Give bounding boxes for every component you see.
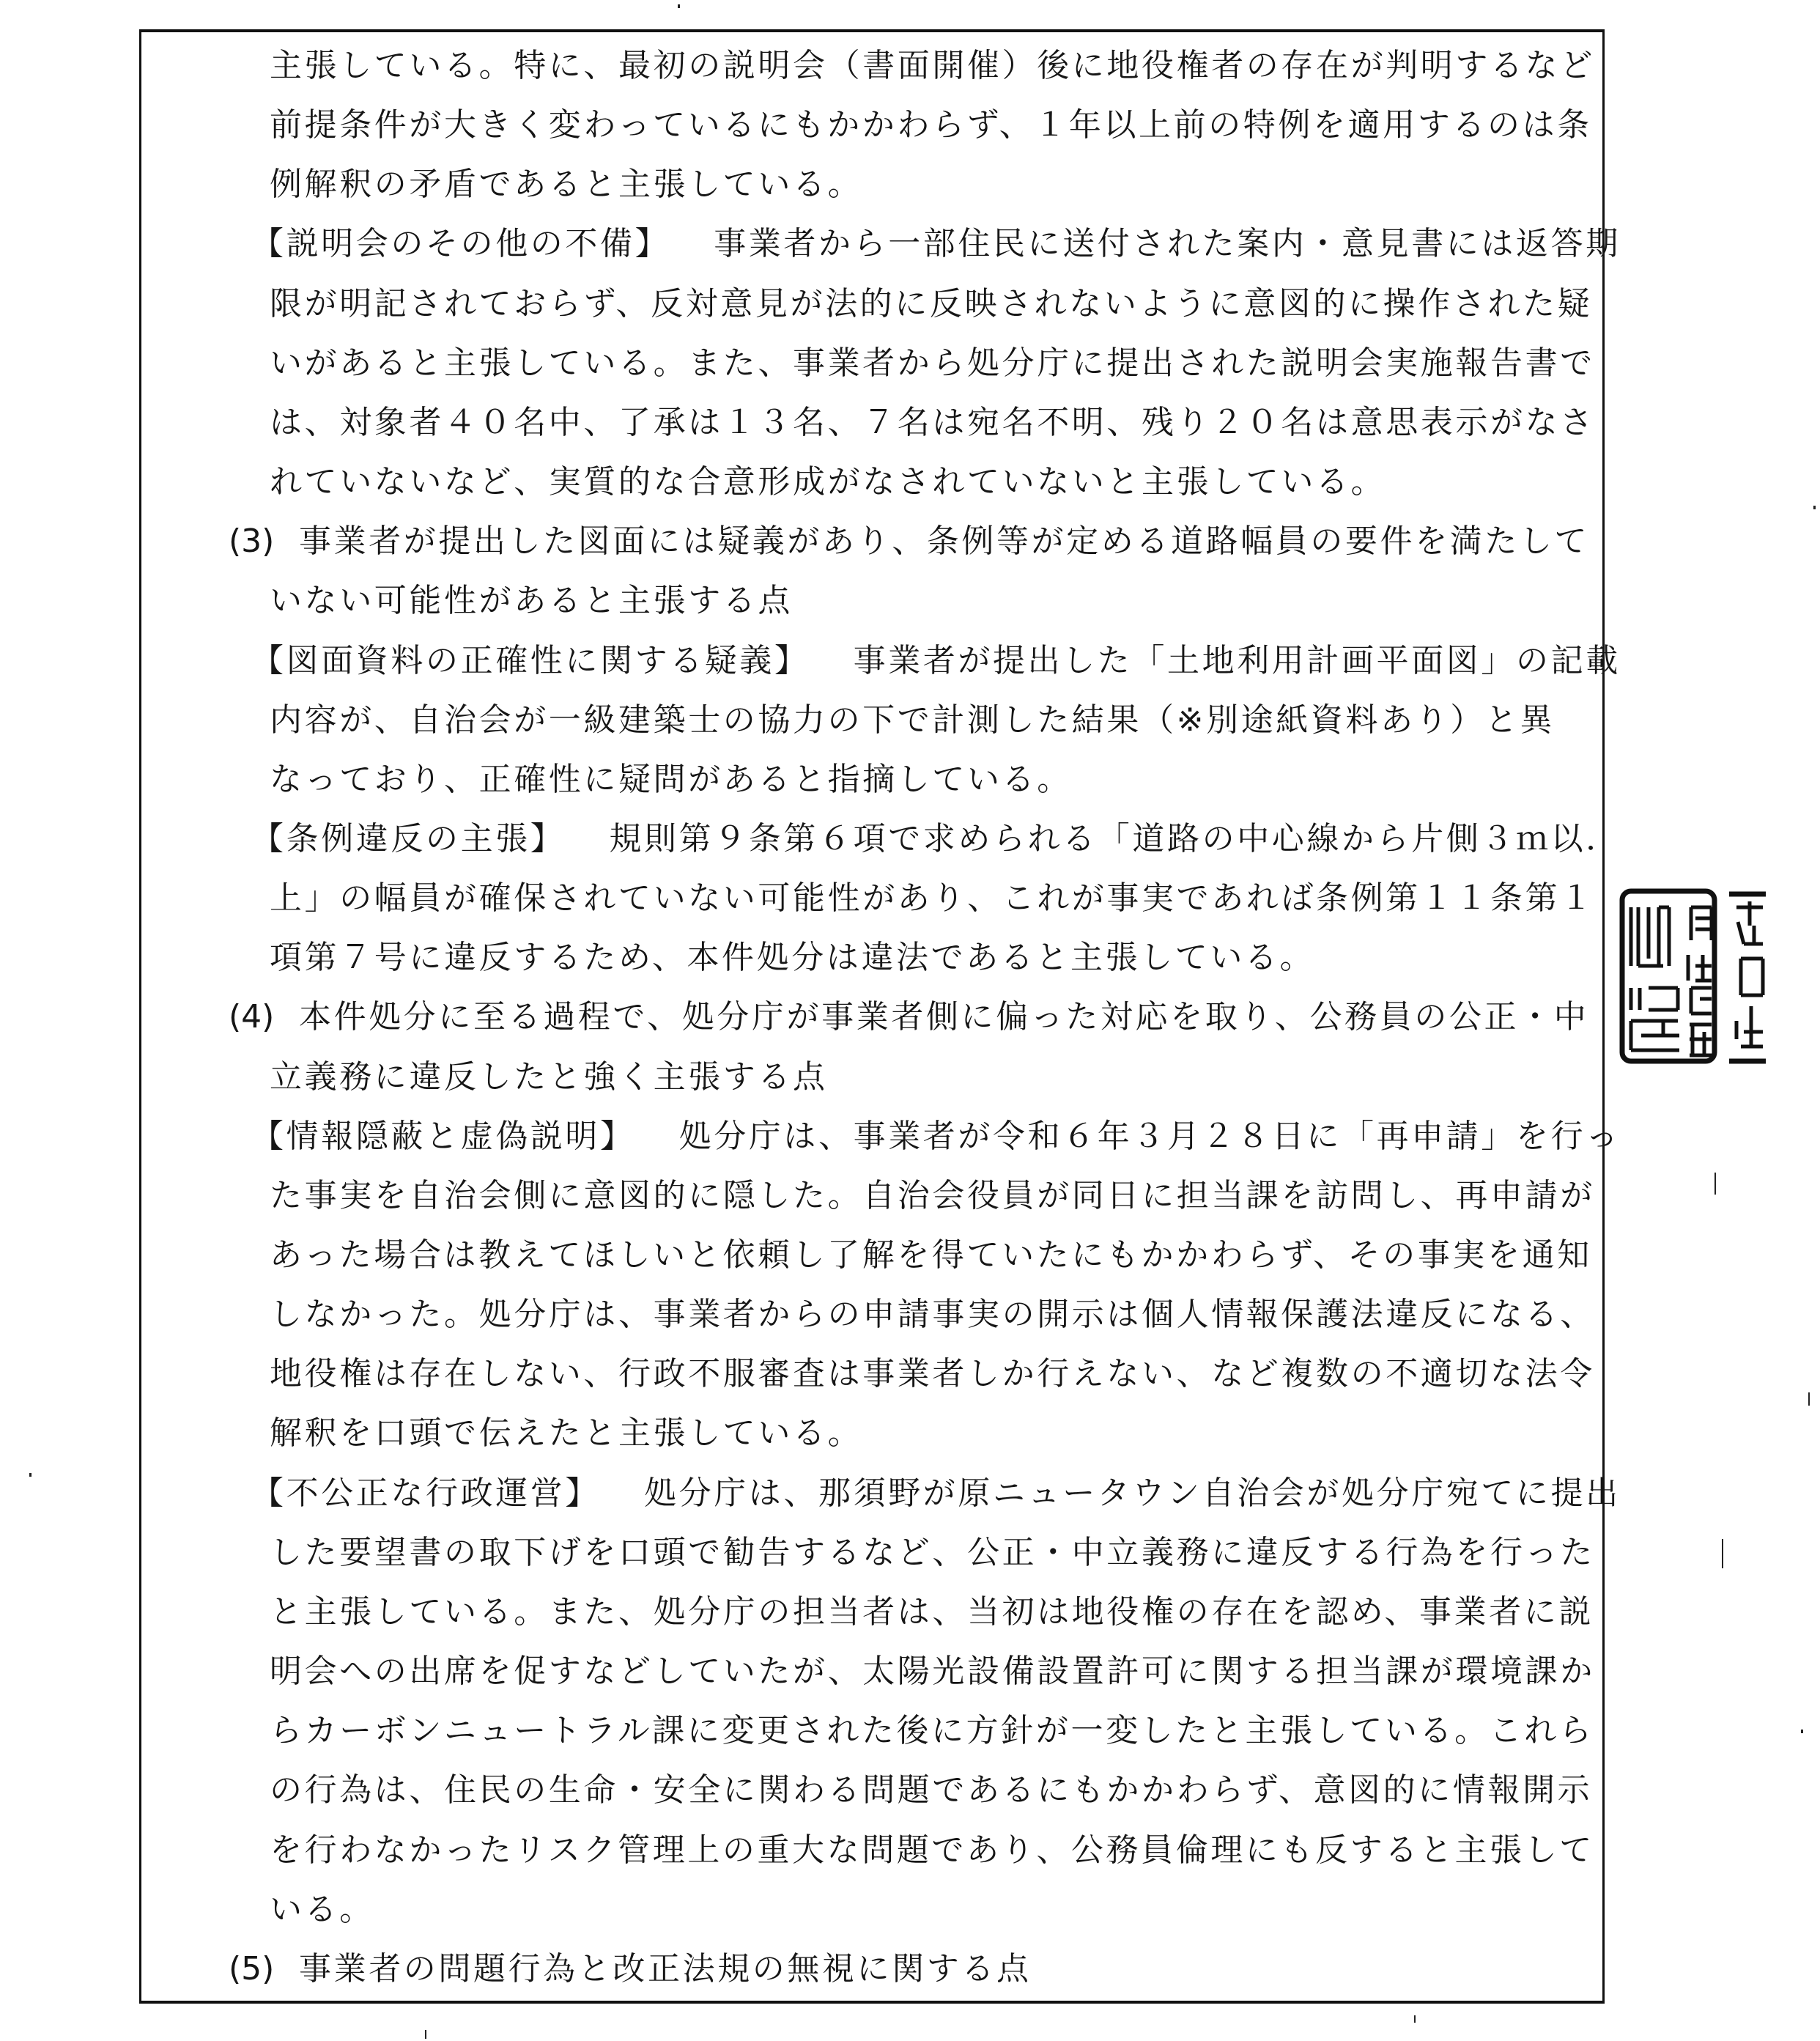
section-heading-line: 【不公正な行政運営】処分庁は、那須野が原ニュータウン自治会が処分庁宛てに提出 (251, 1472, 1621, 1516)
line-text: の行為は、住民の生命・安全に関わる問題であるにもかかわらず、意図的に情報開示 (270, 1771, 1592, 1809)
line-text: は、対象者４０名中、了承は１３名、７名は宛名不明、残り２０名は意思表示がなさ (270, 404, 1595, 441)
text-line: いる。 (270, 1888, 374, 1932)
item-number: (3) (229, 520, 299, 564)
subsection-heading: 【情報隠蔽と虚偽説明】 (251, 1118, 635, 1155)
line-text: 限が明記されておらず、反対意見が法的に反映されないように意図的に操作された疑 (270, 285, 1592, 322)
scan-speck (678, 4, 680, 8)
text-line: 例解釈の矛盾であると主張している。 (270, 163, 862, 207)
subsection-heading: 【図面資料の正確性に関する疑義】 (251, 642, 810, 679)
line-text: いない可能性があると主張する点 (270, 582, 793, 619)
line-text: 内容が、自治会が一級建築士の協力の下で計測した結果（※別途紙資料あり）と異 (270, 701, 1555, 739)
line-text: なっており、正確性に疑問があると指摘している。 (270, 761, 1072, 798)
text-line: を行わなかったリスク管理上の重大な問題であり、公務員倫理にも反すると主張して (270, 1828, 1594, 1872)
numbered-item-line: (3)事業者が提出した図面には疑義があり、条例等が定める道路幅員の要件を満たして (229, 520, 1589, 564)
line-text: を行わなかったリスク管理上の重大な問題であり、公務員倫理にも反すると主張して (270, 1831, 1594, 1869)
line-text: と主張している。また、処分庁の担当者は、当初は地役権の存在を認め、事業者に説 (270, 1593, 1594, 1631)
line-text: 主張している。特に、最初の説明会（書面開催）後に地役権者の存在が判明するなど (270, 47, 1595, 84)
scan-speck (1808, 1392, 1810, 1406)
line-text: 地役権は存在しない、行政不服審査は事業者しか行えない、など複数の不適切な法令 (270, 1355, 1595, 1392)
scan-speck (1813, 506, 1816, 509)
line-text: した要望書の取下げを口頭で勧告するなど、公正・中立義務に違反する行為を行った (270, 1534, 1595, 1571)
line-text: 前提条件が大きく変わっているにもかかわらず、１年以上前の特例を適用するのは条 (270, 106, 1592, 144)
line-text: 立義務に違反したと強く主張する点 (270, 1058, 828, 1096)
scan-speck (1414, 2015, 1416, 2023)
line-text: 本件処分に至る過程で、処分庁が事業者側に偏った対応を取り、公務員の公正・中 (299, 998, 1588, 1036)
text-line: 項第７号に違反するため、本件処分は違法であると主張している。 (270, 936, 1314, 980)
scan-speck (29, 1473, 32, 1477)
line-text: 事業者の問題行為と改正法規の無視に関する点 (299, 1950, 1032, 1988)
text-line: 解釈を口頭で伝えたと主張している。 (270, 1411, 862, 1455)
text-line: なっており、正確性に疑問があると指摘している。 (270, 758, 1072, 802)
text-line: らカーボンニュートラル課に変更された後に方針が一変したと主張している。これら (270, 1709, 1594, 1753)
line-text: いる。 (270, 1891, 374, 1928)
line-text: 処分庁は、那須野が原ニュータウン自治会が処分庁宛てに提出 (644, 1475, 1621, 1512)
line-text: 例解釈の矛盾であると主張している。 (270, 166, 862, 203)
scan-speck (1722, 1539, 1723, 1568)
text-line: いがあると主張している。また、事業者から処分庁に提出された説明会実施報告書で (270, 342, 1595, 385)
line-text: しなかった。処分庁は、事業者からの申請事実の開示は個人情報保護法違反になる、 (270, 1296, 1595, 1333)
section-heading-line: 【説明会のその他の不備】事業者から一部住民に送付された案内・意見書には返答期 (251, 222, 1621, 266)
line-text: あった場合は教えてほしいと依頼し了解を得ていたにもかかわらず、その事実を通知 (270, 1236, 1592, 1274)
text-line: は、対象者４０名中、了承は１３名、７名は宛名不明、残り２０名は意思表示がなさ (270, 401, 1595, 445)
text-line: しなかった。処分庁は、事業者からの申請事実の開示は個人情報保護法違反になる、 (270, 1293, 1595, 1337)
scan-speck (1801, 1730, 1803, 1733)
text-line: あった場合は教えてほしいと依頼し了解を得ていたにもかかわらず、その事実を通知 (270, 1233, 1592, 1277)
text-line: 明会への出席を促すなどしていたが、太陽光設備設置許可に関する担当課が環境課か (270, 1650, 1595, 1694)
line-text: 事業者が提出した「土地利用計画平面図」の記載 (854, 642, 1621, 679)
text-line: 地役権は存在しない、行政不服審査は事業者しか行えない、など複数の不適切な法令 (270, 1352, 1595, 1396)
text-line: 前提条件が大きく変わっているにもかかわらず、１年以上前の特例を適用するのは条 (270, 103, 1592, 147)
text-line: 上」の幅員が確保されていない可能性があり、これが事実であれば条例第１１条第１ (270, 876, 1595, 920)
line-text: た事実を自治会側に意図的に隠した。自治会役員が同日に担当課を訪問し、再申請が (270, 1177, 1595, 1214)
text-line: と主張している。また、処分庁の担当者は、当初は地役権の存在を認め、事業者に説 (270, 1590, 1594, 1634)
line-text: 処分庁は、事業者が令和６年３月２８日に「再申請」を行っ (679, 1118, 1621, 1155)
text-line: の行為は、住民の生命・安全に関わる問題であるにもかかわらず、意図的に情報開示 (270, 1768, 1592, 1812)
text-line: 内容が、自治会が一級建築士の協力の下で計測した結果（※別途紙資料あり）と異 (270, 698, 1555, 742)
section-heading-line: 【条例違反の主張】規則第９条第６項で求められる「道路の中心線から片側３ｍ以． (251, 817, 1621, 861)
line-text: れていないなど、実質的な合意形成がなされていないと主張している。 (270, 463, 1386, 501)
subsection-heading: 【条例違反の主張】 (251, 820, 565, 857)
line-text: 解釈を口頭で伝えたと主張している。 (270, 1414, 862, 1452)
numbered-item-line: (5)事業者の問題行為と改正法規の無視に関する点 (229, 1947, 1032, 1991)
scan-speck (425, 2030, 426, 2039)
text-line: た事実を自治会側に意図的に隠した。自治会役員が同日に担当課を訪問し、再申請が (270, 1174, 1595, 1218)
seal-stamp-icon (1619, 885, 1766, 1069)
line-text: 事業者が提出した図面には疑義があり、条例等が定める道路幅員の要件を満たして (299, 523, 1589, 560)
line-text: 明会への出席を促すなどしていたが、太陽光設備設置許可に関する担当課が環境課か (270, 1653, 1595, 1690)
subsection-heading: 【不公正な行政運営】 (251, 1475, 600, 1512)
line-text: 事業者から一部住民に送付された案内・意見書には返答期 (714, 225, 1621, 262)
text-line: 立義務に違反したと強く主張する点 (270, 1055, 828, 1099)
text-line: れていないなど、実質的な合意形成がなされていないと主張している。 (270, 460, 1386, 504)
line-text: らカーボンニュートラル課に変更された後に方針が一変したと主張している。これら (270, 1712, 1594, 1749)
subsection-heading: 【説明会のその他の不備】 (251, 225, 670, 262)
line-text: 項第７号に違反するため、本件処分は違法であると主張している。 (270, 939, 1314, 976)
line-text: 上」の幅員が確保されていない可能性があり、これが事実であれば条例第１１条第１ (270, 879, 1595, 917)
scan-speck (1714, 1173, 1716, 1195)
numbered-item-line: (4)本件処分に至る過程で、処分庁が事業者側に偏った対応を取り、公務員の公正・中 (229, 995, 1588, 1039)
text-line: 限が明記されておらず、反対意見が法的に反映されないように意図的に操作された疑 (270, 282, 1592, 326)
section-heading-line: 【図面資料の正確性に関する疑義】事業者が提出した「土地利用計画平面図」の記載 (251, 639, 1621, 683)
line-text: いがあると主張している。また、事業者から処分庁に提出された説明会実施報告書で (270, 344, 1595, 382)
item-number: (5) (229, 1947, 299, 1991)
text-line: いない可能性があると主張する点 (270, 579, 793, 623)
text-line: 主張している。特に、最初の説明会（書面開催）後に地役権者の存在が判明するなど (270, 44, 1595, 88)
line-text: 規則第９条第６項で求められる「道路の中心線から片側３ｍ以． (609, 820, 1620, 857)
section-heading-line: 【情報隠蔽と虚偽説明】処分庁は、事業者が令和６年３月２８日に「再申請」を行っ (251, 1115, 1621, 1159)
item-number: (4) (229, 995, 299, 1039)
text-line: した要望書の取下げを口頭で勧告するなど、公正・中立義務に違反する行為を行った (270, 1531, 1595, 1575)
